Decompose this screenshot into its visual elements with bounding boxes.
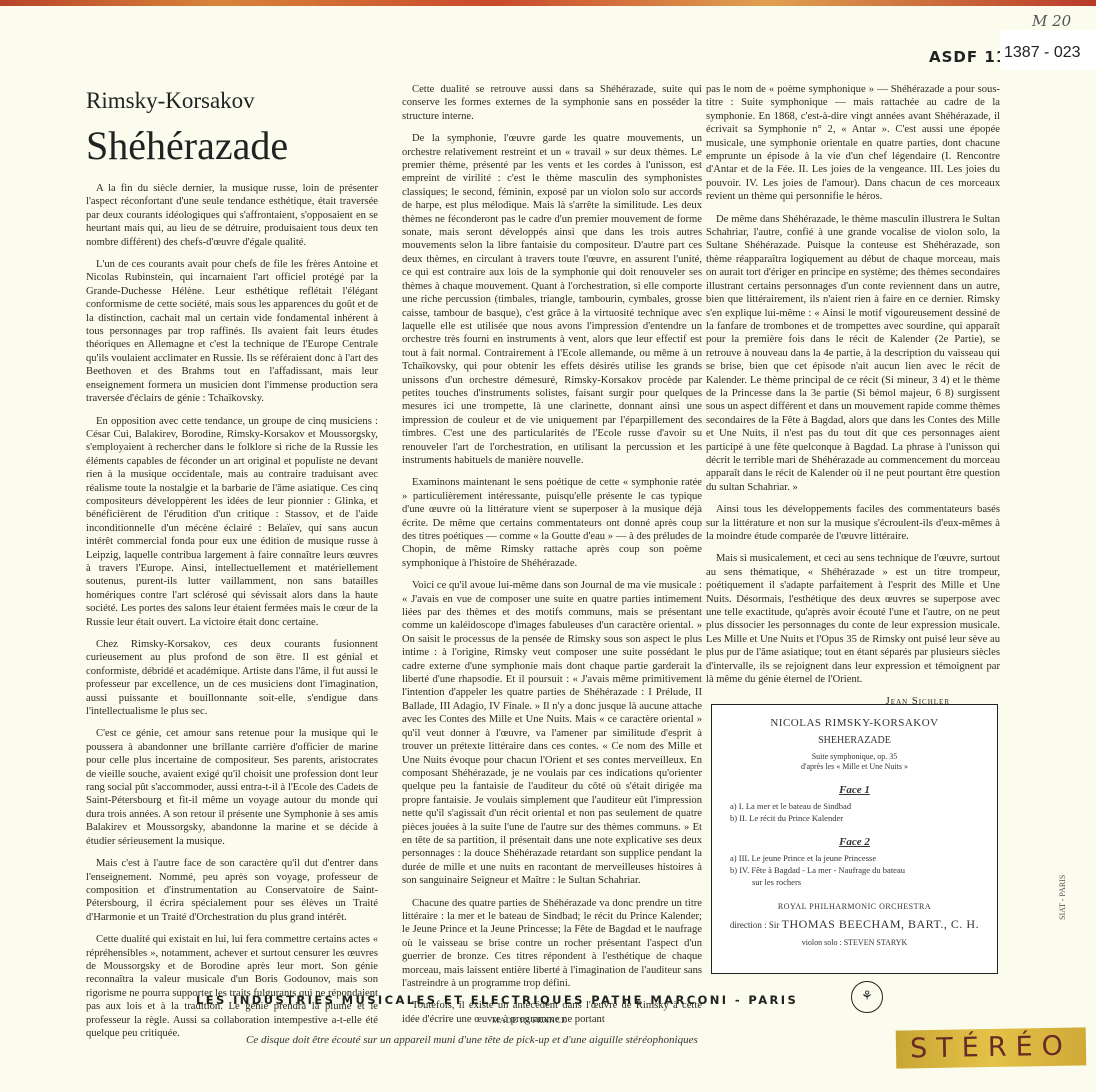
paragraph: Cette dualité se retrouve aussi dans sa … — [402, 83, 702, 123]
paragraph: Voici ce qu'il avoue lui-même dans son J… — [402, 579, 702, 887]
liner-notes-column-1: A la fin du siècle dernier, la musique r… — [86, 182, 378, 1049]
conductor-line: direction : Sir THOMAS BEECHAM, BART., C… — [712, 917, 997, 932]
track-item: a) III. Le jeune Prince et la jeune Prin… — [730, 852, 997, 864]
paragraph: Chez Rimsky-Korsakov, ces deux courants … — [86, 638, 378, 718]
band-label: a) — [730, 853, 737, 863]
paragraph: C'est ce génie, cet amour sans retenue p… — [86, 727, 378, 848]
box-composer: NICOLAS RIMSKY-KORSAKOV — [712, 717, 997, 729]
pathe-marconi-logo-icon: ⚘ — [851, 981, 883, 1013]
box-subtitle-line-1: Suite symphonique, op. 35 — [712, 752, 997, 762]
track-title: IV. Fête à Bagdad - La mer - Naufrage du… — [739, 865, 905, 875]
track-title: II. Le récit du Prince Kalender — [739, 813, 843, 823]
paragraph: De la symphonie, l'œuvre garde les quatr… — [402, 132, 702, 467]
box-subtitle-line-2: d'après les « Mille et Une Nuits » — [712, 762, 997, 772]
sticker-number: 1387 - 023 — [1004, 44, 1081, 62]
top-edge-band — [0, 0, 1096, 6]
band-label: a) — [730, 801, 737, 811]
box-work-title: SHEHERAZADE — [712, 735, 997, 746]
recording-info-box: NICOLAS RIMSKY-KORSAKOV SHEHERAZADE Suit… — [711, 704, 998, 974]
track-title: III. Le jeune Prince et la jeune Princes… — [739, 853, 876, 863]
paragraph: A la fin du siècle dernier, la musique r… — [86, 182, 378, 249]
track-title-continued: sur les rochers — [730, 876, 997, 888]
liner-notes-column-2: Cette dualité se retrouve aussi dans sa … — [402, 83, 702, 1035]
company-name: LES INDUSTRIES MUSICALES ET ELECTRIQUES … — [196, 993, 798, 1007]
paragraph: Chacune des quatre parties de Shéhérazad… — [402, 897, 702, 991]
track-list-face-2: a) III. Le jeune Prince et la jeune Prin… — [712, 852, 997, 888]
track-item: b) II. Le récit du Prince Kalender — [730, 812, 997, 824]
paragraph: Ainsi tous les développements faciles de… — [706, 503, 1000, 543]
face-1-label: Face 1 — [712, 784, 997, 796]
playback-notice: Ce disque doit être écouté sur un appare… — [246, 1034, 698, 1046]
stereo-badge: STÉRÉO — [896, 1027, 1087, 1068]
face-2-label: Face 2 — [712, 836, 997, 848]
track-item: a) I. La mer et le bateau de Sindbad — [730, 800, 997, 812]
band-label: b) — [730, 865, 737, 875]
paragraph: En opposition avec cette tendance, un gr… — [86, 415, 378, 630]
band-label: b) — [730, 813, 737, 823]
orchestra-name: ROYAL PHILHARMONIC ORCHESTRA — [712, 902, 997, 911]
paragraph: pas le nom de « poème symphonique » — Sh… — [706, 83, 1000, 204]
printer-credit: SIAT - PARIS — [1058, 875, 1067, 920]
paragraph: De même dans Shéhérazade, le thème mascu… — [706, 213, 1000, 495]
paragraph: Cette dualité qui existait en lui, lui f… — [86, 933, 378, 1040]
handwritten-note: M 20 — [1032, 12, 1071, 30]
direction-label: direction : Sir — [730, 920, 780, 930]
made-in-france: MADE IN FRANCE — [492, 1016, 567, 1025]
track-item: b) IV. Fête à Bagdad - La mer - Naufrage… — [730, 864, 997, 876]
box-subtitle: Suite symphonique, op. 35 d'après les « … — [712, 752, 997, 772]
track-title: I. La mer et le bateau de Sindbad — [739, 801, 851, 811]
composer-heading: Rimsky-Korsakov — [86, 88, 255, 114]
paragraph: Examinons maintenant le sens poétique de… — [402, 476, 702, 570]
work-title: Shéhérazade — [86, 122, 288, 169]
liner-notes-column-3: pas le nom de « poème symphonique » — Sh… — [706, 83, 1000, 709]
track-list-face-1: a) I. La mer et le bateau de Sindbad b) … — [712, 800, 997, 824]
conductor-name: THOMAS BEECHAM, BART., C. H. — [782, 917, 979, 931]
violin-soloist: violon solo : STEVEN STARYK — [712, 938, 997, 947]
paragraph: Mais si musicalement, et ceci au sens te… — [706, 552, 1000, 686]
paragraph: Mais c'est à l'autre face de son caractè… — [86, 857, 378, 924]
paragraph: L'un de ces courants avait pour chefs de… — [86, 258, 378, 405]
